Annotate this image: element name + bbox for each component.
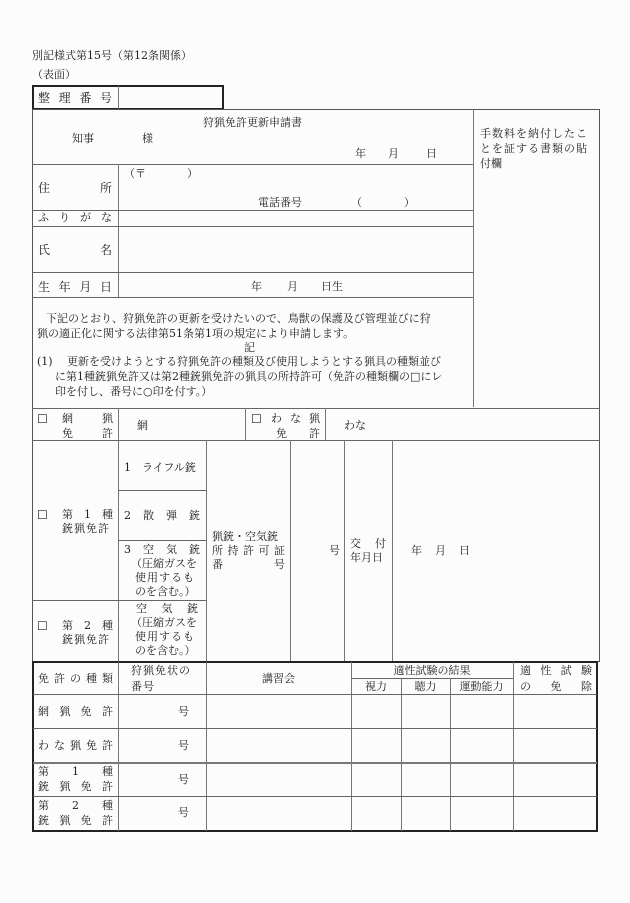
header-exempt-2: の免除 [520,681,592,692]
wana-label-bottom: 免許 [276,428,320,439]
divider [206,662,207,831]
row-second-class-label-bottom: 銃猟免許 [38,815,113,826]
address-label: 住所 [38,182,112,194]
divider [118,408,119,662]
divider [32,600,206,601]
fee-receipt-attach-area[interactable] [475,111,598,405]
item-1-line-2: に第1種銃猟免許又は第2種銃猟免許の猟具の所持許可（免許の種類欄の□にレ [55,371,442,382]
furigana-field[interactable] [120,211,471,225]
reference-number-field[interactable] [120,87,222,108]
divider [351,678,513,679]
address-field[interactable] [120,166,471,209]
header-course: 講習会 [206,673,351,684]
divider [325,408,326,440]
divider [32,164,473,165]
checkbox-second-class[interactable]: ☐ [37,620,48,632]
divider [392,440,393,662]
birthdate-field[interactable] [120,273,471,296]
statement-line-1: 下記のとおり、狩猟免許の更新を受けたいので、鳥獣の保護及び管理並びに狩 [46,313,431,324]
form-reference: 別記様式第15号（第12条関係） [32,50,192,61]
divider [206,440,207,662]
item-1-line-3: 印を付し、番号に○印を付す。） [55,386,212,397]
ami-value: 網 [137,420,148,431]
header-license-number-2: 番号 [131,681,155,692]
form-title: 狩猟免許更新申請書 [32,117,473,128]
divider [450,678,451,831]
furigana-label: ふりがな [38,212,112,223]
option-rifle[interactable]: 1 ライフル銃 [124,462,196,473]
divider [401,678,402,831]
header-license-type: 免許の種類 [38,673,113,684]
checkbox-first-class[interactable]: ☐ [37,509,48,521]
divider [33,728,597,729]
permit-label-line-1: 猟銃・空気銃 [212,531,278,542]
air-gun-second-note-2: 使用するも [135,631,195,642]
divider [118,86,119,109]
divider [118,490,206,491]
row-ami-suffix: 号 [178,706,189,717]
row-second-class-suffix: 号 [178,807,189,818]
row-first-class-suffix: 号 [178,774,189,785]
issue-date-label-1: 交付 [350,538,386,549]
first-class-label-bottom: 銃猟免許 [62,523,110,534]
divider [32,440,600,441]
row-wana-label: わな猟免許 [38,740,113,751]
air-gun-first-note-2: 使用するも [135,572,195,583]
divider [344,440,345,662]
ami-label-top: 網猟 [62,413,113,424]
second-class-label-bottom: 銃猟免許 [62,634,110,645]
checkbox-ami[interactable]: ☐ [37,413,48,425]
header-license-number-1: 狩猟免状の [131,665,191,676]
option-shotgun[interactable]: 2散弾銃 [124,510,200,521]
item-1-line-1: 更新を受けようとする狩猟免許の種類及び使用しようとする猟具の種類並び [67,356,441,367]
name-label: 氏名 [38,244,112,256]
air-gun-first-note-3: のを含む。） [135,586,196,597]
header-vision: 視力 [351,681,401,692]
divider [290,440,291,662]
permit-label-line-3: 番号 [212,559,285,570]
divider [245,408,246,440]
divider [32,297,473,298]
issue-date-label-2: 年月日 [350,552,383,563]
permit-label-line-2: 所持許可証 [212,545,285,556]
issue-date-field[interactable] [394,442,598,660]
second-class-label-top: 第2種 [62,620,113,631]
option-air-gun-second[interactable]: 空気銃 [136,603,198,614]
header-hearing: 聴力 [401,681,450,692]
checkbox-wana[interactable]: ☐ [251,413,262,425]
item-1-number: (1) [37,356,53,367]
date-year-label: 年 [355,148,366,159]
wana-value: わな [344,420,366,431]
wana-label-top: わな猟 [271,413,320,424]
ki-label: 記 [244,342,255,353]
divider [33,796,597,797]
date-day-label: 日 [426,148,437,159]
header-exempt-1: 適性試験 [520,665,592,676]
divider [118,540,206,541]
governor-label: 知事 [72,133,94,144]
form-side-label: （表面） [32,69,76,80]
birthdate-label: 生年月日 [38,281,112,293]
permit-number-field[interactable] [292,442,343,660]
air-gun-first-note-1: （圧縮ガスを [131,558,197,569]
header-motor: 運動能力 [450,681,513,692]
divider [118,164,119,297]
row-ami-label: 網猟免許 [38,706,113,717]
divider [33,694,597,695]
reference-number-label: 整理番号 [38,92,112,104]
row-first-class-label-top: 第1種 [38,766,113,777]
sama-label: 様 [142,133,153,144]
ami-label-bottom: 免許 [62,428,113,439]
statement-line-2: 猟の適正化に関する法律第51条第1項の規定により申請します。 [37,328,354,339]
row-first-class-label-bottom: 銃猟免許 [38,781,113,792]
divider [118,662,119,831]
date-month-label: 月 [388,148,399,159]
air-gun-second-note-3: のを含む。） [135,645,196,656]
first-class-label-top: 第1種 [62,509,113,520]
option-air-gun-first[interactable]: 3空気銃 [124,544,200,555]
divider [473,109,474,407]
divider [513,662,514,831]
air-gun-second-note-1: （圧縮ガスを [131,617,197,628]
header-aptitude: 適性試験の結果 [351,665,513,676]
row-second-class-label-top: 第2種 [38,800,113,811]
divider [33,762,597,764]
name-field[interactable] [120,227,471,271]
row-wana-suffix: 号 [178,740,189,751]
